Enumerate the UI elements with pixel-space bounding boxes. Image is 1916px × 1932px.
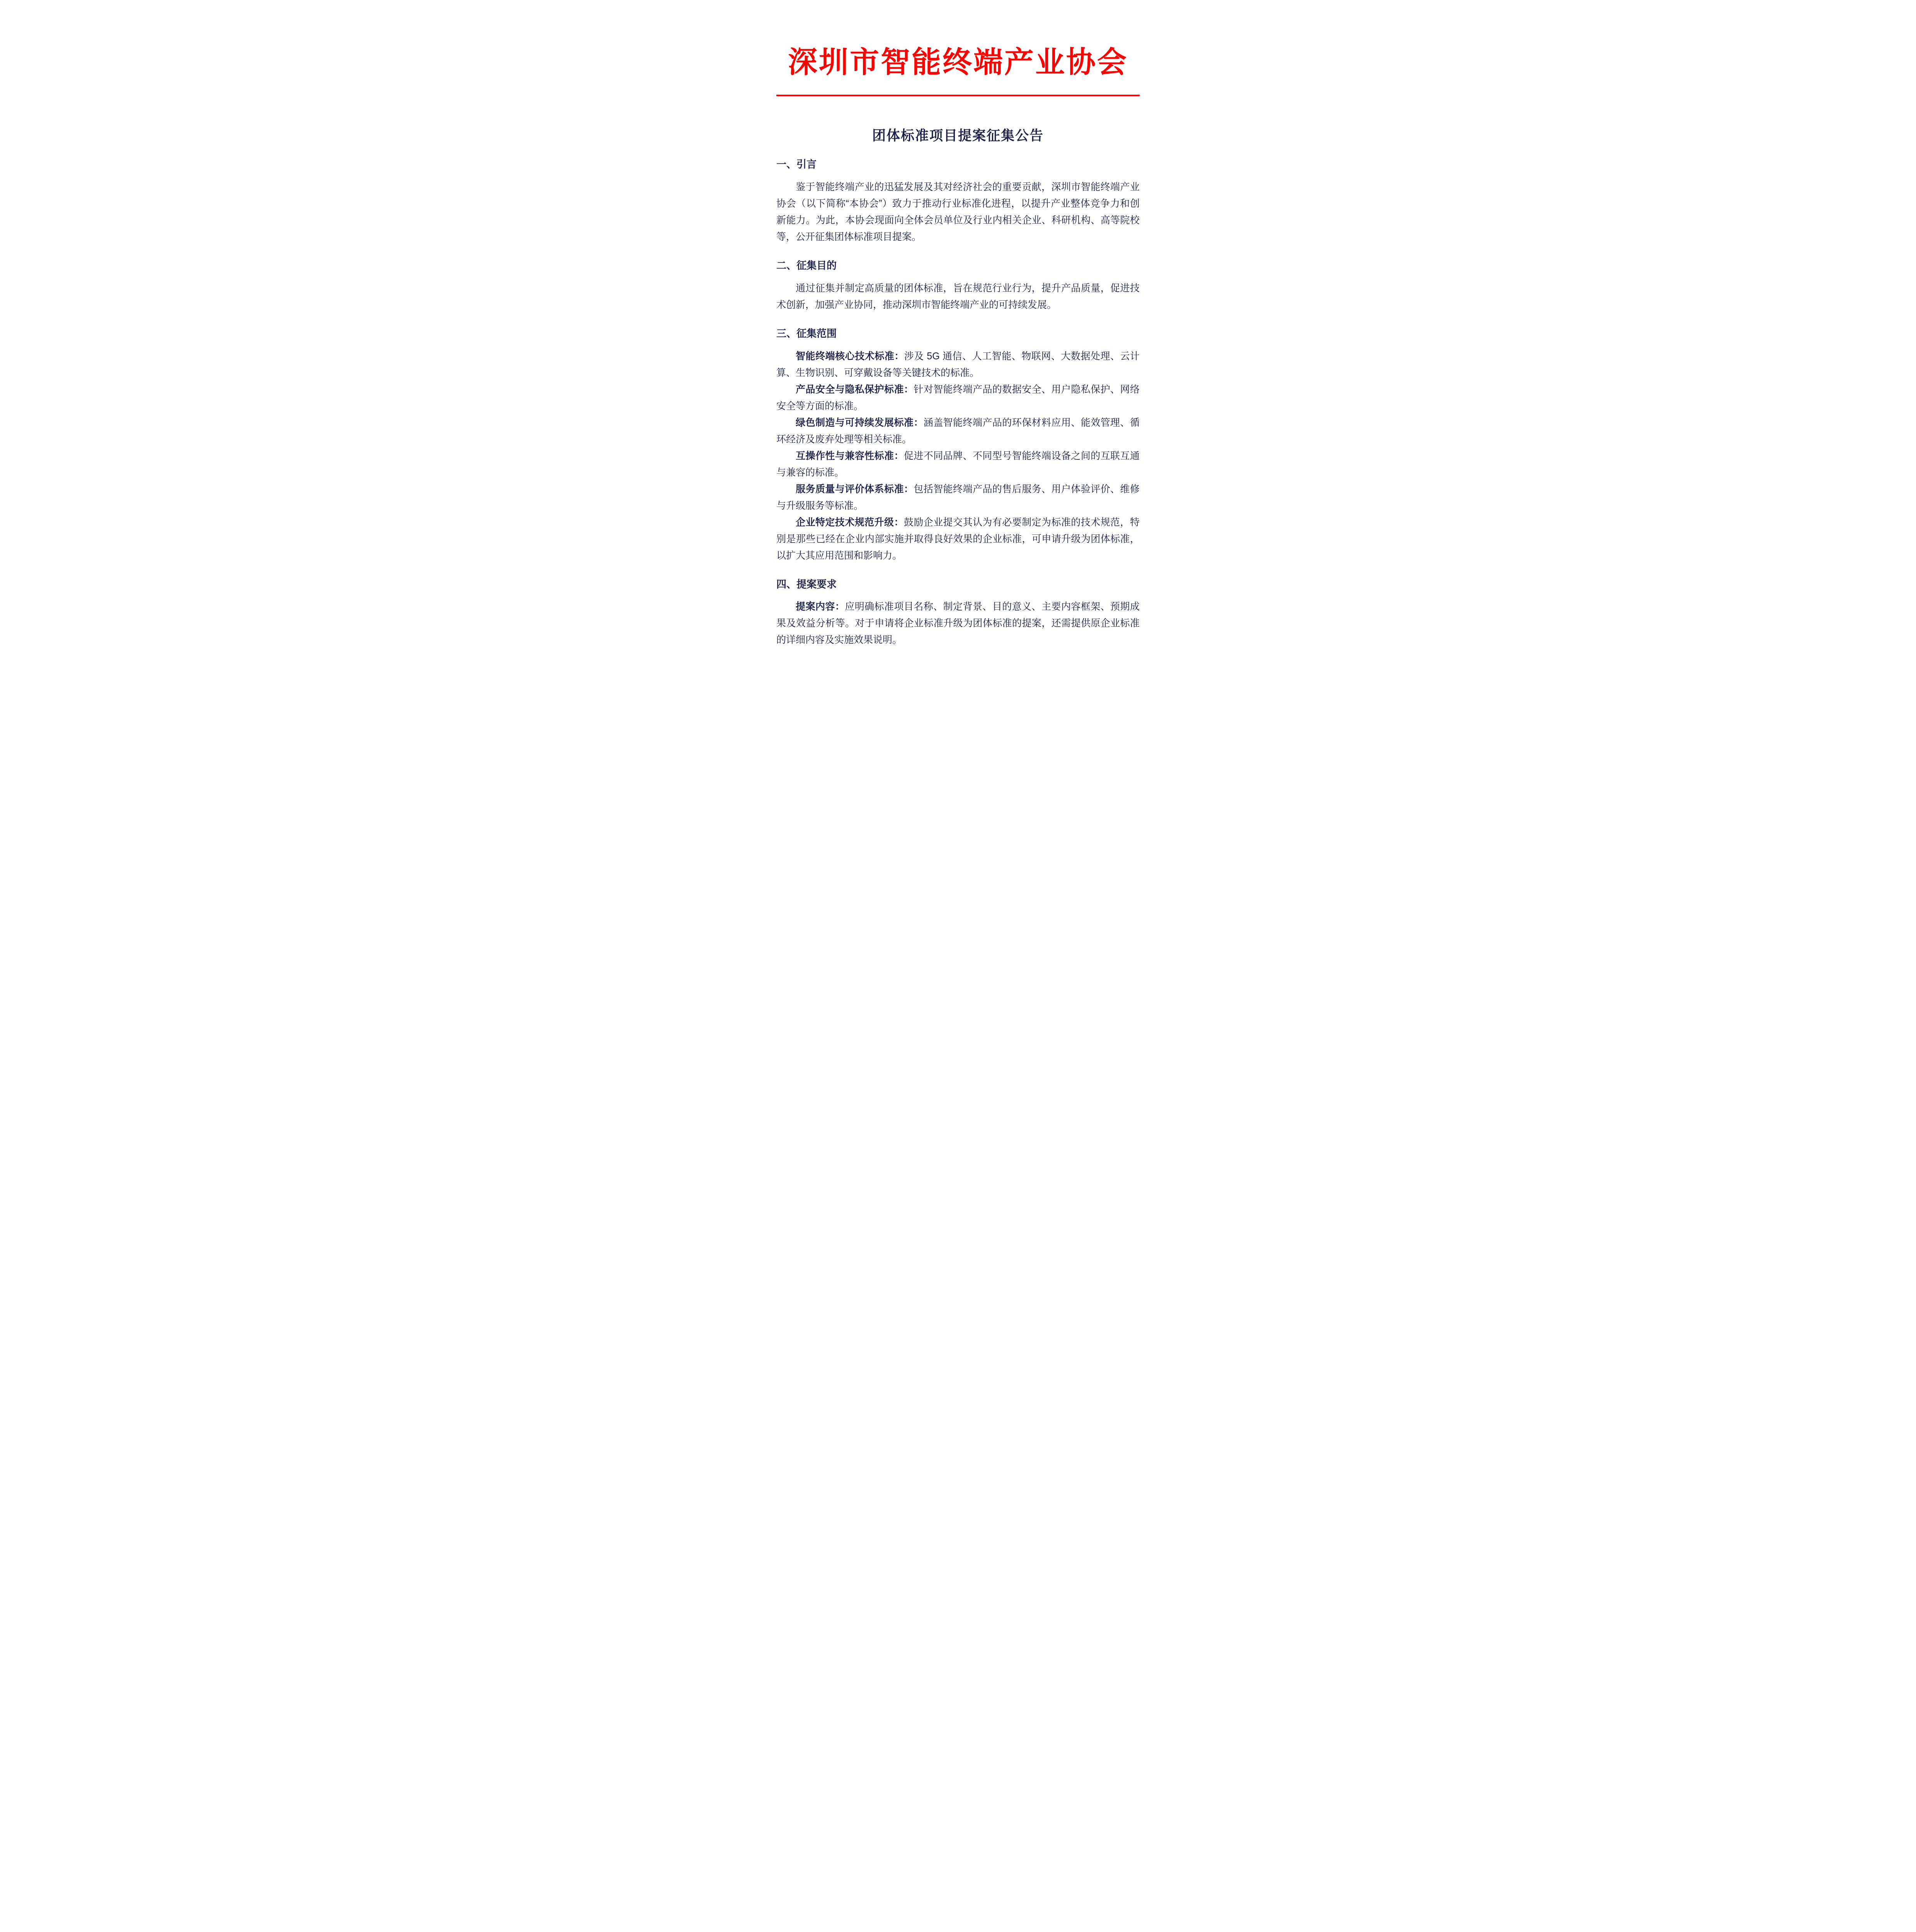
- term-lead: 企业特定技术规范升级：: [796, 517, 904, 528]
- paragraph: 鉴于智能终端产业的迅猛发展及其对经济社会的重要贡献，深圳市智能终端产业协会（以下…: [776, 179, 1140, 245]
- term-lead: 产品安全与隐私保护标准：: [796, 384, 914, 395]
- section-scope: 三、征集范围 智能终端核心技术标准：涉及 5G 通信、人工智能、物联网、大数据处…: [776, 327, 1140, 564]
- section-proposal-requirements: 四、提案要求 提案内容：应明确标准项目名称、制定背景、目的意义、主要内容框架、预…: [776, 578, 1140, 649]
- paragraph: 服务质量与评价体系标准：包括智能终端产品的售后服务、用户体验评价、维修与升级服务…: [776, 481, 1140, 514]
- term-lead: 互操作性与兼容性标准：: [796, 451, 904, 461]
- paragraph: 智能终端核心技术标准：涉及 5G 通信、人工智能、物联网、大数据处理、云计算、生…: [776, 348, 1140, 381]
- term-lead: 服务质量与评价体系标准：: [796, 484, 914, 495]
- document-page: 深圳市智能终端产业协会 团体标准项目提案征集公告 一、引言 鉴于智能终端产业的迅…: [718, 0, 1198, 678]
- paragraph-text: 鉴于智能终端产业的迅猛发展及其对经济社会的重要贡献，深圳市智能终端产业协会（以下…: [776, 182, 1140, 242]
- section-heading-purpose: 二、征集目的: [776, 259, 1140, 272]
- paragraph: 企业特定技术规范升级：鼓励企业提交其认为有必要制定为标准的技术规范，特别是那些已…: [776, 514, 1140, 564]
- red-divider-line: [776, 95, 1140, 96]
- section-introduction: 一、引言 鉴于智能终端产业的迅猛发展及其对经济社会的重要贡献，深圳市智能终端产业…: [776, 158, 1140, 245]
- document-title: 团体标准项目提案征集公告: [776, 128, 1140, 144]
- term-lead: 提案内容：: [796, 601, 845, 612]
- section-heading-scope: 三、征集范围: [776, 327, 1140, 340]
- letterhead: 深圳市智能终端产业协会: [776, 46, 1140, 96]
- org-name: 深圳市智能终端产业协会: [776, 46, 1140, 78]
- paragraph: 产品安全与隐私保护标准：针对智能终端产品的数据安全、用户隐私保护、网络安全等方面…: [776, 381, 1140, 415]
- section-heading-proposal-requirements: 四、提案要求: [776, 578, 1140, 591]
- paragraph: 绿色制造与可持续发展标准：涵盖智能终端产品的环保材料应用、能效管理、循环经济及废…: [776, 415, 1140, 448]
- paragraph-text: 通过征集并制定高质量的团体标准，旨在规范行业行为，提升产品质量，促进技术创新，加…: [776, 283, 1140, 310]
- paragraph: 提案内容：应明确标准项目名称、制定背景、目的意义、主要内容框架、预期成果及效益分…: [776, 599, 1140, 648]
- section-purpose: 二、征集目的 通过征集并制定高质量的团体标准，旨在规范行业行为，提升产品质量，促…: [776, 259, 1140, 313]
- section-heading-introduction: 一、引言: [776, 158, 1140, 171]
- paragraph: 通过征集并制定高质量的团体标准，旨在规范行业行为，提升产品质量，促进技术创新，加…: [776, 280, 1140, 313]
- paragraph: 互操作性与兼容性标准：促进不同品牌、不同型号智能终端设备之间的互联互通与兼容的标…: [776, 448, 1140, 481]
- term-lead: 智能终端核心技术标准：: [796, 351, 904, 362]
- term-lead: 绿色制造与可持续发展标准：: [796, 417, 924, 428]
